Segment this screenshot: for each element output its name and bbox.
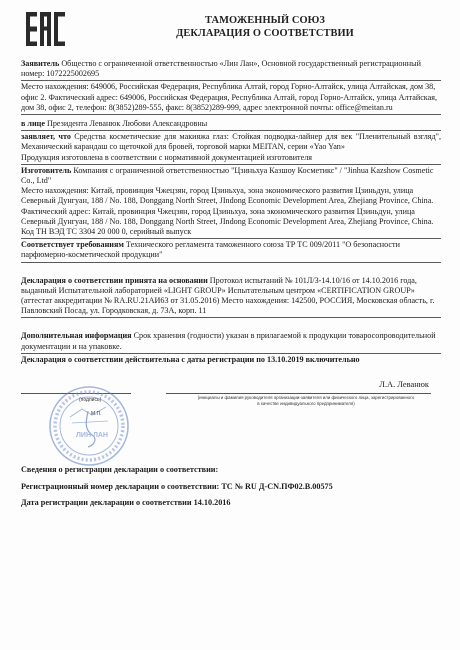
basis-section: Декларация о соответствии принята на осн…: [21, 276, 441, 319]
name-line: [166, 393, 431, 394]
manufacturer-text: Компания с ограниченной ответственностью…: [21, 166, 433, 185]
svg-text:ЛИН ЛАН: ЛИН ЛАН: [76, 432, 108, 439]
applicant-label: Заявитель: [21, 59, 59, 68]
spacer: [21, 264, 441, 276]
production-note: Продукция изготовлена в соответствии с н…: [21, 153, 441, 165]
document-body: Заявитель Общество с ограниченной ответс…: [21, 59, 441, 419]
manufacturer-location: Место нахождения: Китай, провинция Чжецз…: [21, 186, 441, 206]
production-note-text: Продукция изготовлена в соответствии с н…: [21, 153, 312, 162]
manufacturer-actual-address: Фактический адрес: Китай, провинция Чжец…: [21, 207, 441, 227]
registration-heading: Сведения о регистрации декларации о соот…: [21, 465, 441, 474]
manufacturer-section: Изготовитель Компания с ограниченной отв…: [21, 166, 441, 186]
signer-name: Л.А. Леванюк: [379, 380, 429, 390]
declares-section: заявляет, что Средства косметические для…: [21, 132, 441, 152]
validity-statement: Декларация о соответствии действительна …: [21, 355, 441, 365]
eac-mark-icon: [26, 12, 66, 46]
signature-line: [21, 393, 131, 394]
declaration-document: EAC ТАМОЖЕННЫЙ СОЮЗ ДЕКЛАРАЦИЯ О СООТВЕТ…: [0, 0, 460, 650]
applicant-text: Общество с ограниченной ответственностью…: [21, 59, 421, 78]
seal-caption: М.П.: [91, 409, 102, 419]
representative-section: в лице Президента Леванюк Любови Алексан…: [21, 119, 441, 131]
representative-label: в лице: [21, 119, 45, 128]
address-text: Место нахождения: 649006, Российская Фед…: [21, 82, 437, 111]
registration-date: Дата регистрации декларации о соответств…: [21, 498, 441, 507]
additional-label: Дополнительная информация: [21, 331, 132, 340]
title-line-2: ДЕКЛАРАЦИЯ О СООТВЕТСТВИИ: [130, 27, 400, 40]
signature-block: Л.А. Леванюк (подпись) М.П. (инициалы и …: [21, 365, 441, 419]
compliance-section: Соответствует требованиям Технического р…: [21, 240, 441, 262]
name-caption: (инициалы и фамилия руководителя организ…: [196, 395, 416, 407]
hs-code: Код ТН ВЭД ТС 3304 20 000 0, серийный вы…: [21, 227, 441, 239]
registration-number: Регистрационный номер декларации о соотв…: [21, 482, 441, 491]
document-title: ТАМОЖЕННЫЙ СОЮЗ ДЕКЛАРАЦИЯ О СООТВЕТСТВИ…: [130, 14, 400, 40]
spacer: [21, 319, 441, 331]
address-section: Место нахождения: 649006, Российская Фед…: [21, 82, 441, 115]
declares-text: Средства косметические для макияжа глаз:…: [21, 132, 441, 151]
registration-section: Сведения о регистрации декларации о соот…: [21, 465, 441, 515]
compliance-label: Соответствует требованиям: [21, 240, 124, 249]
signature-caption: (подпись): [79, 395, 101, 405]
manufacturer-label: Изготовитель: [21, 166, 71, 175]
additional-info-section: Дополнительная информация Срок хранения …: [21, 331, 441, 353]
representative-text: Президента Леванюк Любови Александровны: [45, 119, 207, 128]
eac-logo: EAC: [26, 12, 66, 46]
basis-label: Декларация о соответствии принята на осн…: [21, 276, 208, 285]
declares-label: заявляет, что: [21, 132, 71, 141]
title-line-1: ТАМОЖЕННЫЙ СОЮЗ: [130, 14, 400, 27]
applicant-section: Заявитель Общество с ограниченной ответс…: [21, 59, 441, 81]
